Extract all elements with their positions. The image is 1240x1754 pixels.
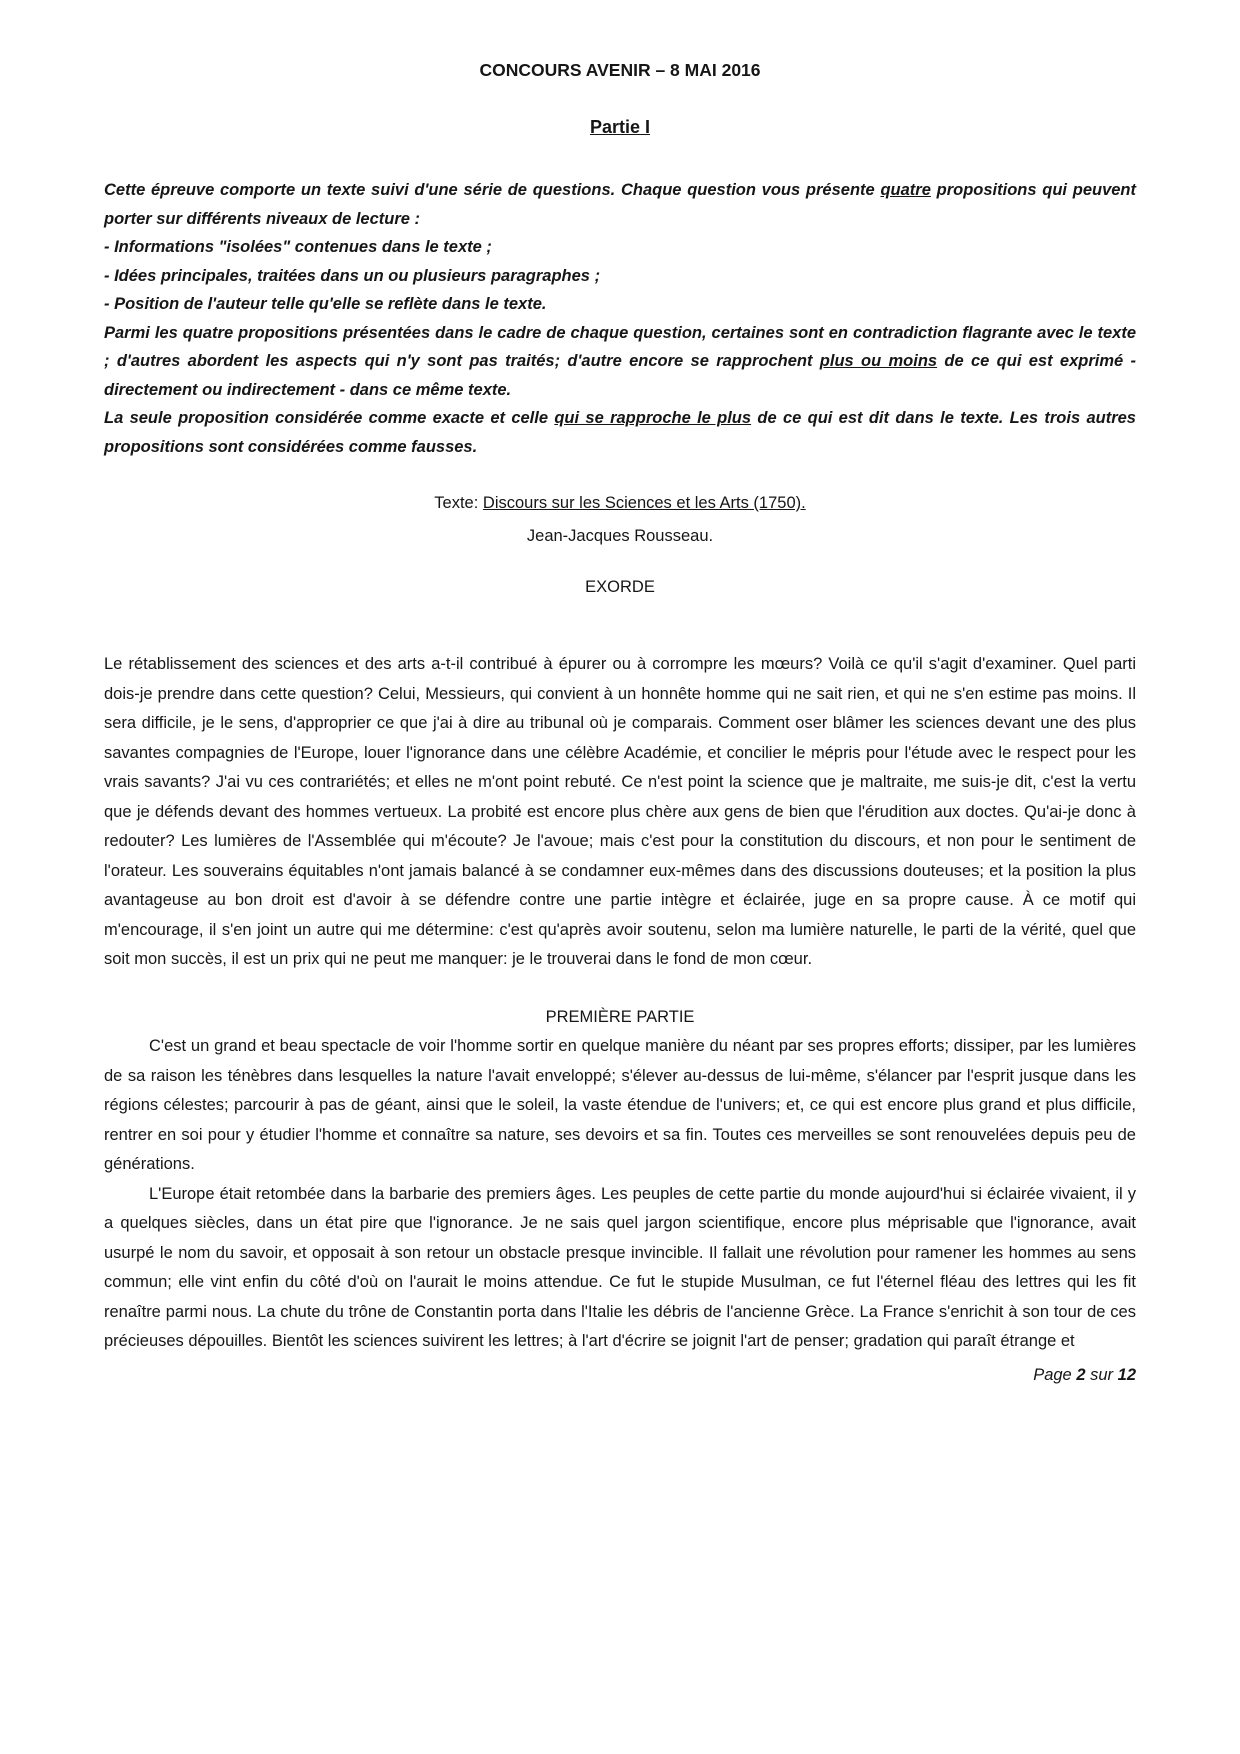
premiere-partie-paragraph-2: L'Europe était retombée dans la barbarie… [104, 1180, 1136, 1357]
source-line: Texte: Discours sur les Sciences et les … [104, 487, 1136, 520]
instructions-parmi-underlined: plus ou moins [820, 352, 937, 370]
footer-page-label: Page [1033, 1366, 1072, 1384]
instructions-item-1: - Informations "isolées" contenues dans … [104, 233, 1136, 262]
exorde-heading: EXORDE [104, 578, 1136, 597]
instructions-item-2: - Idées principales, traitées dans un ou… [104, 262, 1136, 291]
instructions-intro-underlined: quatre [880, 181, 930, 199]
instructions-seule: La seule proposition considérée comme ex… [104, 404, 1136, 461]
source-author: Jean-Jacques Rousseau. [104, 520, 1136, 553]
instructions-intro: Cette épreuve comporte un texte suivi d'… [104, 176, 1136, 233]
instructions-seule-text-1: La seule proposition considérée comme ex… [104, 409, 554, 427]
exorde-paragraph: Le rétablissement des sciences et des ar… [104, 650, 1136, 975]
instructions-item-3: - Position de l'auteur telle qu'elle se … [104, 290, 1136, 319]
instructions-parmi: Parmi les quatre propositions présentées… [104, 319, 1136, 405]
footer-page-total: 12 [1118, 1366, 1136, 1384]
document-title: CONCOURS AVENIR – 8 MAI 2016 [104, 60, 1136, 81]
instructions-intro-text-1: Cette épreuve comporte un texte suivi d'… [104, 181, 880, 199]
source-title: Discours sur les Sciences et les Arts (1… [483, 494, 806, 512]
section-title-text: Partie I [590, 117, 650, 137]
premiere-partie-paragraph-1: C'est un grand et beau spectacle de voir… [104, 1032, 1136, 1180]
page-footer: Page 2 sur 12 [104, 1361, 1136, 1500]
premiere-partie-heading: PREMIÈRE PARTIE [104, 1003, 1136, 1033]
section-title: Partie I [104, 117, 1136, 138]
footer-separator: sur [1090, 1366, 1113, 1384]
source-label: Texte: [434, 494, 483, 512]
source-block: Texte: Discours sur les Sciences et les … [104, 487, 1136, 553]
document-page: CONCOURS AVENIR – 8 MAI 2016 Partie I Ce… [0, 0, 1240, 1754]
footer-page-number: 2 [1076, 1366, 1085, 1384]
instructions-seule-underlined: qui se rapproche le plus [554, 409, 751, 427]
instructions-block: Cette épreuve comporte un texte suivi d'… [104, 176, 1136, 461]
